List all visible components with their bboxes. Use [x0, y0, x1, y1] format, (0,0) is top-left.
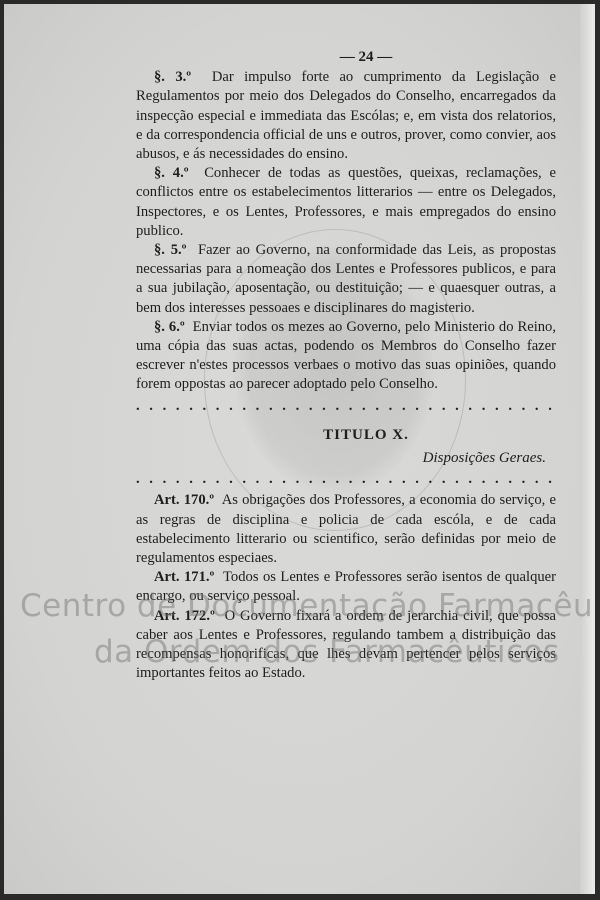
dotted-separator: . . . . . . . . . . . . . . . . . . . . … — [136, 470, 556, 489]
watermark-line-1: Centro de Documentação Farmacêutica — [20, 588, 595, 624]
paragraph-text: Fazer ao Governo, na conformidade das Le… — [136, 242, 556, 316]
paragraph-number: §. 6.º — [154, 319, 185, 335]
article-number: Art. 171.º — [154, 569, 214, 585]
dotted-separator: . . . . . . . . . . . . . . . . . . . . … — [136, 397, 556, 416]
section-subtitle: Disposições Geraes. — [136, 449, 546, 468]
paragraph-text: Enviar todos os mezes ao Governo, pelo M… — [136, 319, 556, 393]
paragraph-number: §. 4.º — [154, 165, 189, 181]
watermark-line-2: da Ordem dos Farmacêuticos — [94, 634, 560, 670]
document-page: — 24 — §. 3.º Dar impulso forte ao cumpr… — [4, 4, 595, 894]
paragraph-number: §. 3.º — [154, 69, 191, 85]
paragraph-3: §. 3.º Dar impulso forte ao cumprimento … — [136, 68, 556, 164]
paragraph-6: §. 6.º Enviar todos os mezes ao Governo,… — [136, 318, 556, 395]
paragraph-number: §. 5.º — [154, 242, 186, 258]
page-edge — [580, 4, 592, 894]
page-number: — 24 — — [136, 48, 556, 67]
article-number: Art. 170.º — [154, 492, 214, 508]
paragraph-text: Conhecer de todas as questões, queixas, … — [136, 165, 556, 239]
section-title: TITULO X. — [136, 426, 556, 445]
paragraph-text: Dar impulso forte ao cumprimento da Legi… — [136, 69, 556, 162]
paragraph-4: §. 4.º Conhecer de todas as questões, qu… — [136, 164, 556, 241]
article-170: Art. 170.º As obrigações dos Professores… — [136, 491, 556, 568]
paragraph-5: §. 5.º Fazer ao Governo, na conformidade… — [136, 241, 556, 318]
